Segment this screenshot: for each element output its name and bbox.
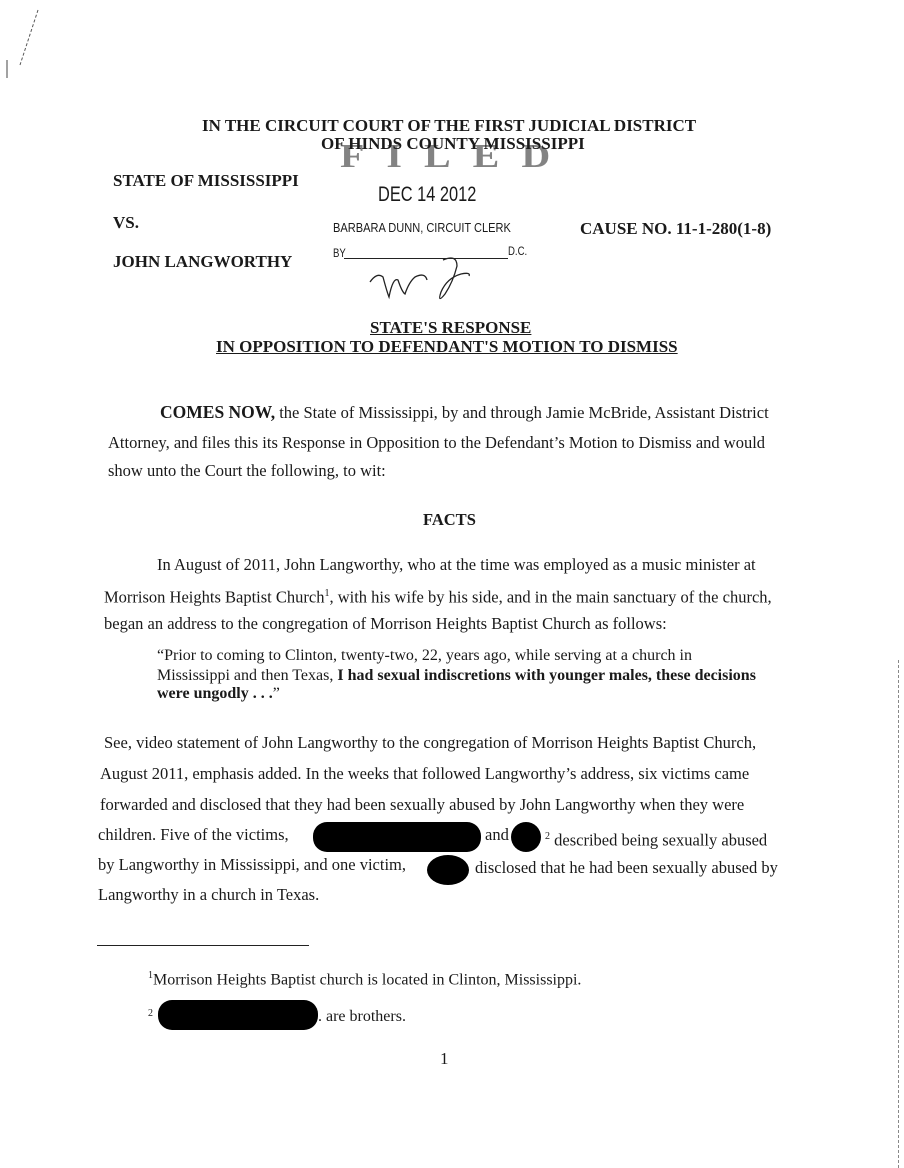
facts-p2-line4-b: and <box>485 820 509 850</box>
facts-p2-line5-b: disclosed that he had been sexually abus… <box>475 853 778 883</box>
intro-line3: show unto the Court the following, to wi… <box>108 456 386 486</box>
facts-p2-line5-a: by Langworthy in Mississippi, and one vi… <box>98 850 406 880</box>
quote-line2-plain: Mississippi and then Texas, <box>157 667 337 684</box>
footnote-divider <box>97 945 309 946</box>
intro-line1: COMES NOW, the State of Mississippi, by … <box>160 397 769 428</box>
facts-p1-line2-a: Morrison Heights Baptist Church <box>104 588 324 607</box>
versus-label: VS. <box>113 213 139 233</box>
redaction-name <box>427 855 469 885</box>
quote-line3: were ungodly . . .” <box>157 684 280 704</box>
quote-line1: “Prior to coming to Clinton, twenty-two,… <box>157 646 692 666</box>
intro-line1-text: the State of Mississippi, by and through… <box>275 403 769 422</box>
plaintiff-name: STATE OF MISSISSIPPI <box>113 171 299 191</box>
footnote-2-mark: 2 <box>148 1008 153 1019</box>
facts-p1-line3: began an address to the congregation of … <box>104 609 667 639</box>
dc-label: D.C. <box>508 244 527 258</box>
intro-line2: Attorney, and files this its Response in… <box>108 428 765 458</box>
quote-line2: Mississippi and then Texas, I had sexual… <box>157 666 756 686</box>
quote-line3-bold: were ungodly . . . <box>157 685 273 702</box>
footnote-1: 1Morrison Heights Baptist church is loca… <box>148 970 581 989</box>
filed-stamp: FILED <box>340 136 572 176</box>
quote-line3-end: ” <box>273 685 280 702</box>
redaction-footnote-names <box>158 1000 318 1030</box>
cause-number: CAUSE NO. 11-1-280(1-8) <box>580 219 771 239</box>
document-title-line2: IN OPPOSITION TO DEFENDANT'S MOTION TO D… <box>216 337 678 357</box>
facts-p2-line1: See, video statement of John Langworthy … <box>104 728 756 758</box>
facts-p2-line4-a: children. Five of the victims, <box>98 820 289 850</box>
facts-p2-line4-c-text: described being sexually abused <box>550 831 767 850</box>
quote-line2-bold: I had sexual indiscretions with younger … <box>337 667 756 684</box>
facts-heading: FACTS <box>423 510 476 530</box>
comes-now-lead: COMES NOW, <box>160 402 275 422</box>
facts-p1-line1: In August of 2011, John Langworthy, who … <box>157 550 756 580</box>
redaction-name <box>511 822 541 852</box>
facts-p2-line4-c: 2 described being sexually abused <box>545 822 767 856</box>
scan-mark <box>0 0 60 80</box>
page-number: 1 <box>440 1049 449 1069</box>
clerk-name: BARBARA DUNN, CIRCUIT CLERK <box>333 220 511 235</box>
facts-p2-line2: August 2011, emphasis added. In the week… <box>100 759 749 789</box>
facts-p2-line6: Langworthy in a church in Texas. <box>98 880 319 910</box>
footnote-2: 2 <box>148 1008 153 1027</box>
court-heading-line1: IN THE CIRCUIT COURT OF THE FIRST JUDICI… <box>202 116 696 136</box>
document-title-line1: STATE'S RESPONSE <box>370 318 531 338</box>
defendant-name: JOHN LANGWORTHY <box>113 252 292 272</box>
facts-p1-line2-b: , with his wife by his side, and in the … <box>329 588 771 607</box>
redaction-names <box>313 822 481 852</box>
facts-p1-line2: Morrison Heights Baptist Church1, with h… <box>104 579 772 613</box>
clerk-signature <box>365 252 485 307</box>
footnote-2-text: . are brothers. <box>318 1008 406 1026</box>
facts-p2-line3: forwarded and disclosed that they had be… <box>100 790 744 820</box>
footnote-1-text: Morrison Heights Baptist church is locat… <box>153 971 581 988</box>
filed-date: DEC 14 2012 <box>378 183 476 207</box>
scan-edge-right <box>898 660 899 1168</box>
